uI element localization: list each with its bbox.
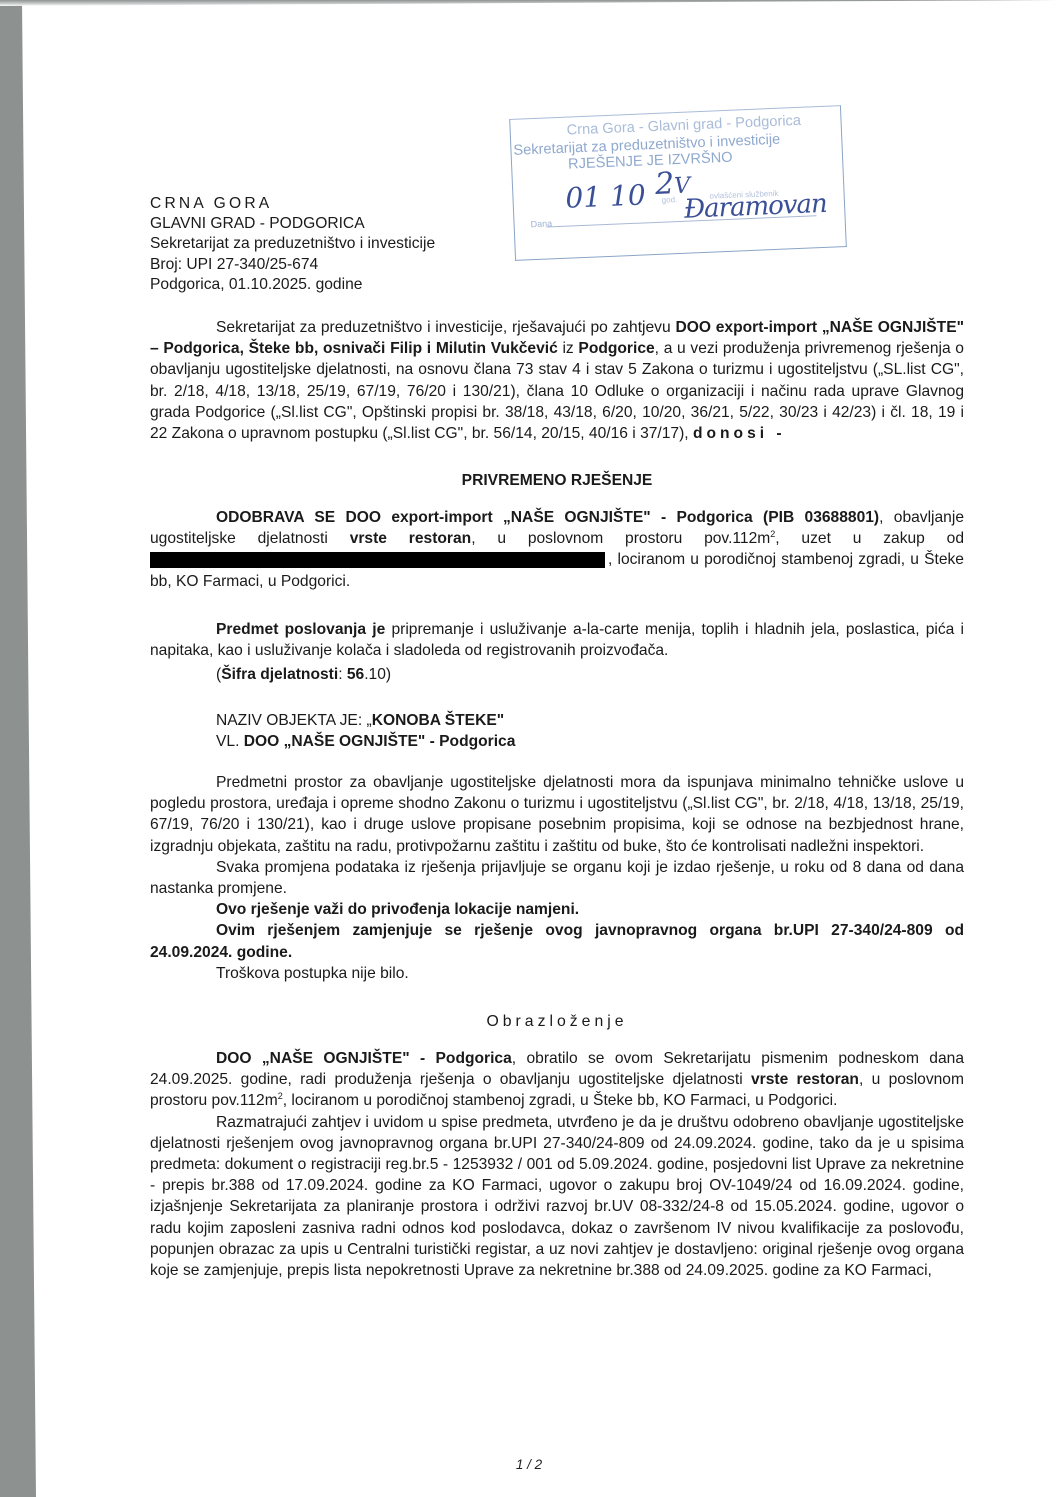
replacement-text: Ovim rješenjem zamjenjuje se rješenje ov… bbox=[150, 920, 964, 962]
change-notice-text: Svaka promjena podataka iz rješenja prij… bbox=[150, 857, 964, 899]
reasoning-title: Obrazloženje bbox=[150, 1011, 964, 1032]
conditions-paragraph: Predmetni prostor za obavljanje ugostite… bbox=[150, 772, 964, 984]
stamp-dana-label: Dana bbox=[530, 214, 552, 233]
scan-edge-left bbox=[0, 0, 36, 1497]
establishment-name-label: NAZIV OBJEKTA JE: „ bbox=[216, 712, 372, 729]
header-place-date: Podgorica, 01.10.2025. godine bbox=[150, 275, 435, 295]
establishment-name: NAZIV OBJEKTA JE: „KONOBA ŠTEKE" VL. DOO… bbox=[216, 710, 916, 752]
decision-approval-paragraph: ODOBRAVA SE DOO export-import „NAŠE OGNJ… bbox=[150, 507, 964, 592]
header-country: CRNA GORA bbox=[150, 194, 435, 214]
stamp-signature: Đaramovan bbox=[684, 195, 827, 219]
intro-paragraph: Sekretarijat za preduzetništvo i investi… bbox=[150, 317, 964, 444]
enforceability-stamp: Crna Gora - Glavni grad - Podgorica Sekr… bbox=[509, 105, 847, 261]
header-city: GLAVNI GRAD - PODGORICA bbox=[150, 214, 435, 234]
decision-text-c: , uzet u zakup od bbox=[775, 530, 964, 547]
activity-code: (Šifra djelatnosti: 56.10) bbox=[216, 664, 916, 685]
page-number: 1 / 2 bbox=[0, 1457, 1058, 1472]
activity-code-value-rest: .10) bbox=[364, 666, 391, 683]
applicant-city: Podgorice bbox=[578, 340, 654, 357]
decision-text-location: , lociranom u porodičnoj stambenoj zgrad… bbox=[608, 551, 919, 568]
activity-code-value: 56 bbox=[347, 666, 364, 683]
stamp-handwritten-year: 2V bbox=[655, 175, 691, 197]
activity-code-colon: : bbox=[338, 666, 347, 683]
reasoning-findings-text: Razmatrajući zahtjev i uvidom u spise pr… bbox=[150, 1112, 964, 1282]
intro-text: Sekretarijat za preduzetništvo i investi… bbox=[216, 319, 671, 336]
decision-text-b: , u poslovnom prostoru pov.112m bbox=[471, 530, 770, 547]
business-subject-paragraph: Predmet poslovanja je pripremanje i uslu… bbox=[150, 619, 964, 661]
conditions-text: Predmetni prostor za obavljanje ugostite… bbox=[150, 772, 964, 857]
reasoning-text-c: , lociranom u porodičnoj stambenoj zgrad… bbox=[283, 1092, 838, 1109]
stamp-handwritten-date: 01 10 bbox=[565, 186, 646, 207]
intro-text-mid: iz bbox=[562, 340, 573, 357]
approved-company: ODOBRAVA SE DOO export-import „NAŠE OGNJ… bbox=[216, 509, 753, 526]
header-department: Sekretarijat za preduzetništvo i investi… bbox=[150, 234, 435, 254]
header-case-number: Broj: UPI 27-340/25-674 bbox=[150, 255, 435, 275]
validity-text: Ovo rješenje važi do privođenja lokacije… bbox=[150, 899, 964, 920]
activity-code-label: Šifra djelatnosti bbox=[221, 666, 338, 683]
scan-edge-top bbox=[0, 0, 1058, 6]
establishment-name-value: KONOBA ŠTEKE" bbox=[372, 712, 504, 729]
activity-type: vrste restoran bbox=[350, 530, 472, 547]
decision-title: PRIVREMENO RJEŠENJE bbox=[150, 470, 964, 491]
reasoning-activity-type: vrste restoran bbox=[751, 1071, 859, 1088]
owner-label: VL. bbox=[216, 733, 244, 750]
company-pib: (PIB 03688801) bbox=[763, 509, 879, 526]
business-subject-label: Predmet poslovanja je bbox=[216, 621, 385, 638]
document-header: CRNA GORA GLAVNI GRAD - PODGORICA Sekret… bbox=[150, 194, 435, 295]
reasoning-section: DOO „NAŠE OGNJIŠTE" - Podgorica, obratil… bbox=[150, 1048, 964, 1281]
owner-value: DOO „NAŠE OGNJIŠTE" - Podgorica bbox=[244, 733, 516, 750]
costs-text: Troškova postupka nije bilo. bbox=[150, 963, 964, 984]
reasoning-company: DOO „NAŠE OGNJIŠTE" - Podgorica bbox=[216, 1050, 512, 1067]
redaction-bar bbox=[150, 552, 605, 568]
donosi-label: donosi - bbox=[693, 425, 786, 442]
